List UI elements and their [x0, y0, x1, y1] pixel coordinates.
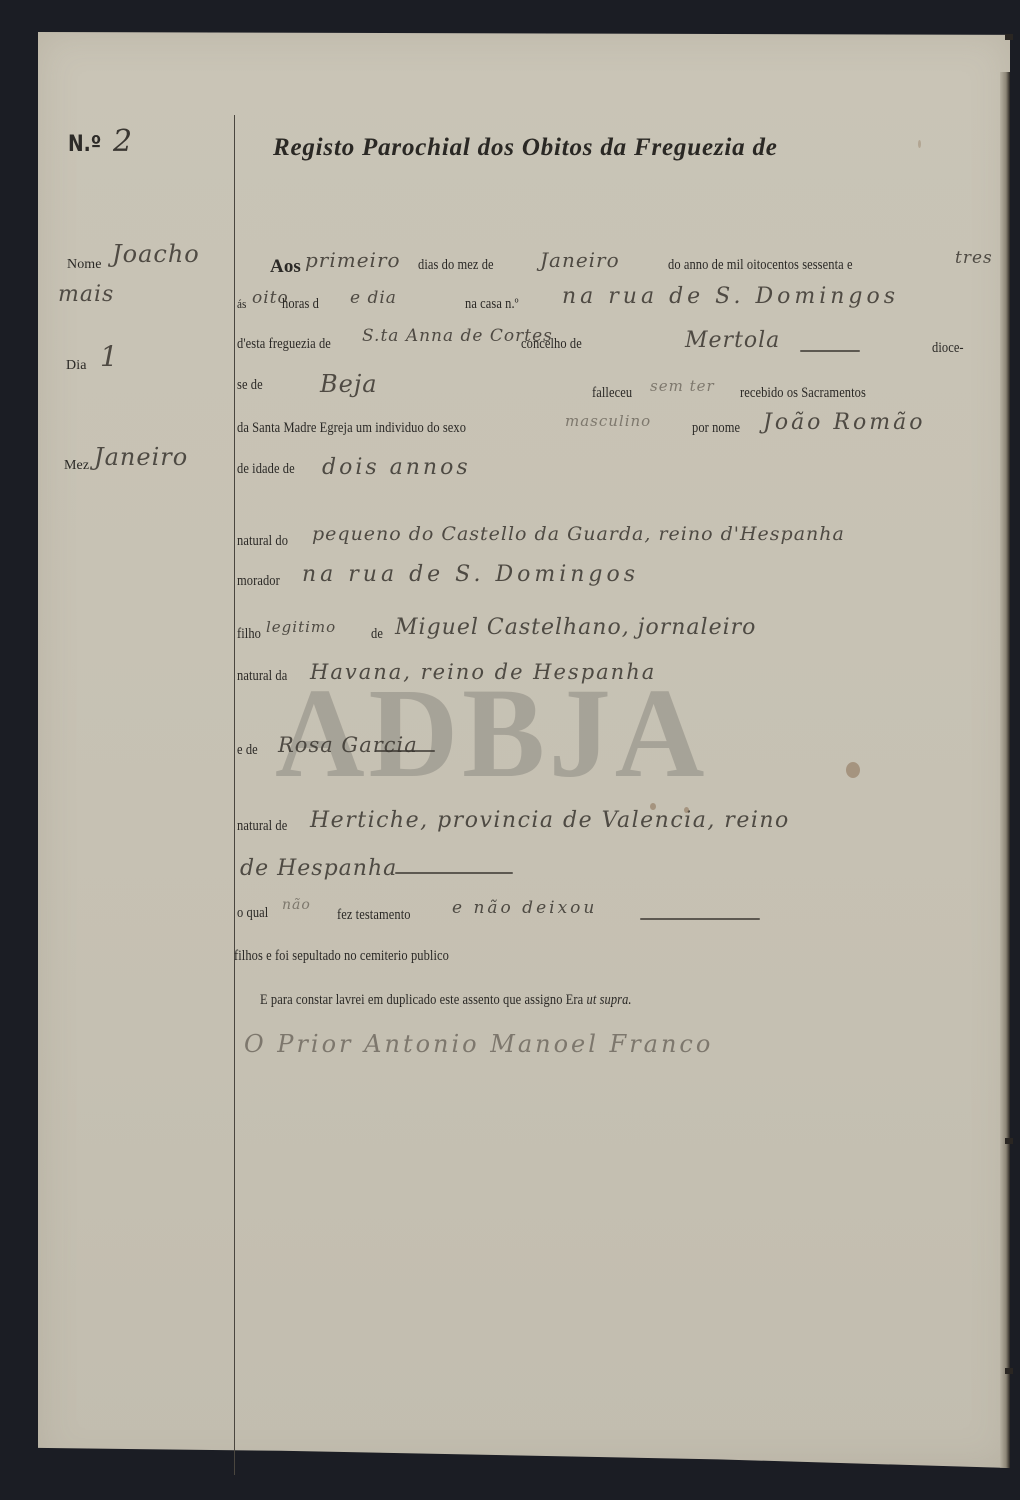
nome-value-line2: mais	[58, 282, 114, 307]
closing-ut-supra: ut supra.	[587, 992, 632, 1008]
e-de-text: e de	[237, 742, 258, 759]
concelho-text: concelho de	[521, 336, 582, 353]
na-casa-text: na casa n.º	[465, 296, 519, 313]
diocese-handwritten: Beja	[320, 370, 378, 398]
paper-stain	[650, 803, 656, 810]
month-handwritten: Janeiro	[540, 248, 620, 272]
entry-number-label: N.º	[68, 132, 101, 157]
binding-clip	[1005, 34, 1013, 40]
natural-mae-underline	[395, 872, 513, 874]
anno-text: do anno de mil oitocentos sessenta e	[668, 257, 853, 274]
concelho-handwritten: Mertola	[685, 328, 780, 353]
binding-clip	[1005, 1138, 1013, 1144]
natural-de-text: natural de	[237, 818, 287, 835]
recebido-text: recebido os Sacramentos	[740, 385, 866, 402]
filhos-sepultado-text: filhos e foi sepultado no cemiterio publ…	[234, 948, 449, 965]
santa-madre-text: da Santa Madre Egreja um individuo do se…	[237, 420, 466, 437]
paper-speck	[918, 140, 921, 148]
fez-testamento-text: fez testamento	[337, 907, 411, 924]
casa-handwritten: na rua de S. Domingos	[562, 284, 899, 309]
idade-text: de idade de	[237, 461, 295, 478]
year-handwritten: tres	[955, 248, 993, 268]
freguezia-text: d'esta freguezia de	[237, 336, 331, 353]
o-qual-text: o qual	[237, 905, 268, 922]
filho-text: filho	[237, 626, 261, 643]
day-handwritten: primeiro	[305, 248, 401, 272]
falleceu-text: falleceu	[592, 385, 632, 402]
nome-value-line1: Joacho	[112, 240, 200, 268]
testamento-underline	[640, 918, 760, 920]
mae-handwritten: Rosa Garcia	[278, 733, 418, 757]
idade-handwritten: dois annos	[322, 455, 471, 480]
closing-text: E para constar lavrei em duplicado este …	[260, 992, 632, 1009]
filho-handwritten: legitimo	[266, 618, 336, 636]
as-text: ás	[237, 296, 246, 312]
testamento-handwritten: e não deixou	[452, 898, 597, 918]
natural-mae-handwritten-1: Hertiche, provincia de Valencia, reino	[310, 808, 790, 833]
period-handwritten: e dia	[350, 288, 397, 308]
margin-divider-line	[234, 115, 235, 1475]
falleceu-handwritten: sem ter	[650, 377, 715, 395]
aos-text: Aos	[270, 256, 301, 278]
morador-handwritten: na rua de S. Domingos	[302, 562, 639, 587]
natural-mae-handwritten-2: de Hespanha	[240, 856, 397, 881]
register-title: Registo Parochial dos Obitos da Freguezi…	[273, 134, 778, 162]
dia-label: Dia	[66, 358, 87, 374]
de-text: de	[371, 626, 383, 643]
por-nome-text: por nome	[692, 420, 740, 437]
qual-handwritten: não	[282, 897, 311, 913]
dioce-text: dioce-	[932, 340, 964, 357]
paper-stain	[846, 762, 860, 778]
horas-de-text: horas d	[282, 296, 319, 313]
mae-underline	[375, 750, 435, 752]
se-de-text: se de	[237, 377, 263, 394]
mez-value: Janeiro	[94, 443, 188, 471]
closing-main: E para constar lavrei em duplicado este …	[260, 992, 583, 1008]
nome-label: Nome	[67, 257, 102, 273]
concelho-underline	[800, 350, 860, 352]
priest-signature: O Prior Antonio Manoel Franco	[244, 1030, 713, 1058]
paper-stain	[684, 807, 689, 813]
nome-handwritten: João Romão	[763, 410, 925, 435]
pai-handwritten: Miguel Castelhano, jornaleiro	[395, 615, 756, 640]
binding-clip	[1005, 1368, 1013, 1374]
sexo-handwritten: masculino	[565, 412, 651, 430]
entry-number-value: 2	[113, 124, 132, 159]
mez-label: Mez	[64, 458, 89, 474]
page-edge	[1000, 72, 1010, 1492]
dias-do-mez-text: dias do mez de	[418, 257, 494, 274]
natural-handwritten: pequeno do Castello da Guarda, reino d'H…	[312, 523, 845, 545]
dia-value: 1	[100, 340, 119, 373]
morador-text: morador	[237, 573, 280, 590]
natural-do-text: natural do	[237, 533, 288, 550]
